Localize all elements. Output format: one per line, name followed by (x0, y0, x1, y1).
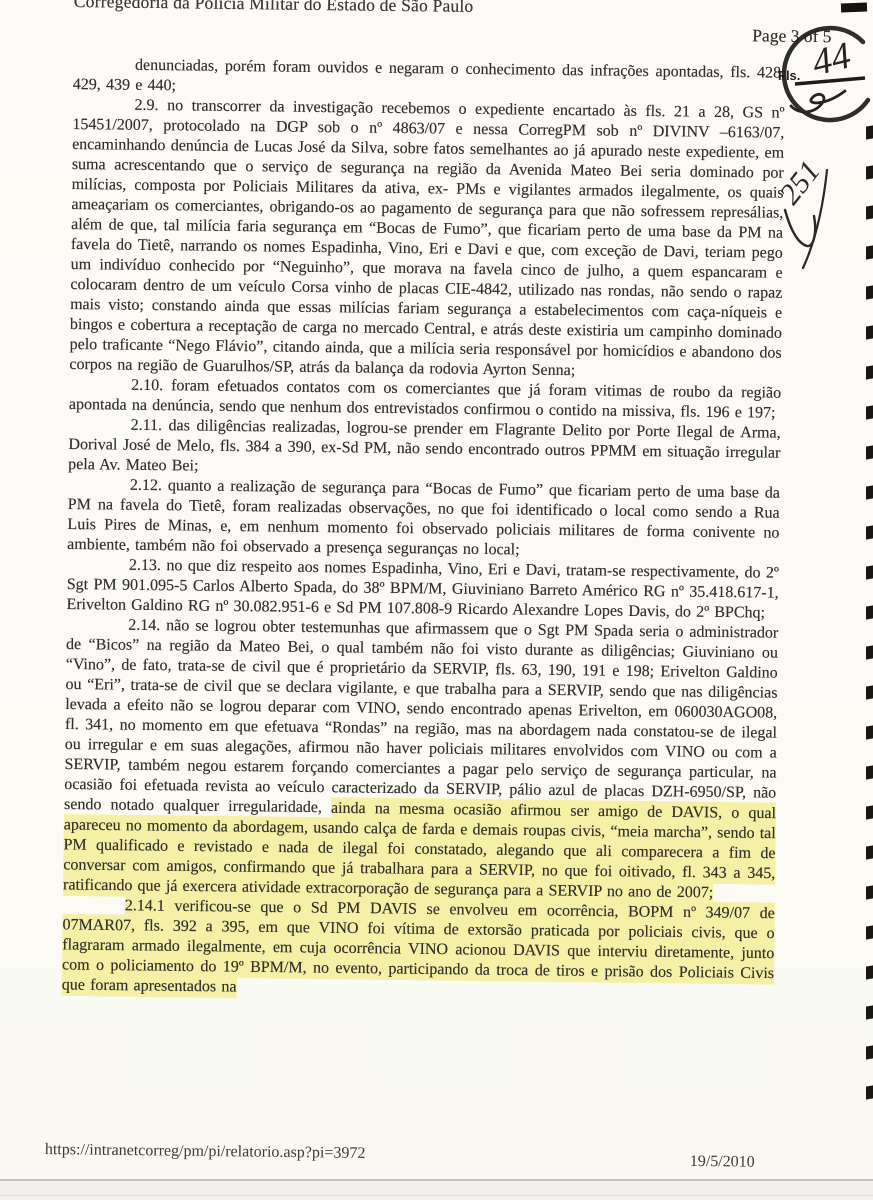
signature-scribble (791, 91, 845, 112)
scanner-edge-mark (866, 525, 873, 539)
scanner-edge-mark (866, 645, 873, 659)
paragraph-2-11: 2.11. das diligências realizadas, logrou… (68, 415, 781, 484)
scanner-edge-mark (866, 805, 873, 819)
pen-tail-stroke (803, 170, 827, 268)
header-page-number: Page 3 of 5 (73, 17, 831, 47)
scanned-report-page: Corregedoria da Polícia Militar do Estad… (0, 0, 873, 1200)
scanner-edge-mark (866, 845, 873, 859)
paragraph-2-9: 2.9. no transcorrer da investigação rece… (69, 95, 784, 384)
paragraph-2-14: 2.14. não se logrou obter testemunhas qu… (63, 615, 778, 904)
scanner-edge-mark (866, 285, 873, 299)
scanner-edge-mark (866, 605, 873, 619)
footer-date: 19/5/2010 (690, 1153, 755, 1172)
scanner-edge-mark (866, 885, 873, 899)
scanner-edge-mark (866, 365, 873, 379)
scanner-edge-mark (866, 685, 873, 699)
document-content: Corregedoria da Polícia Militar do Estad… (62, 0, 786, 1004)
scanner-corner-mark (841, 3, 867, 13)
scanner-edge-mark (866, 1045, 873, 1059)
page-bottom-edge-strip (0, 1181, 873, 1200)
scanner-edge-mark (866, 965, 873, 979)
scanner-edge-mark (866, 765, 873, 779)
scanner-edge-mark (866, 125, 873, 139)
report-body: denunciadas, porém foram ouvidos e negar… (62, 55, 785, 1004)
stamp-line (795, 78, 865, 84)
scanner-edge-mark (866, 325, 873, 339)
pen-check-stroke (785, 210, 815, 246)
page-bottom-edge-faint-line (0, 1195, 873, 1196)
printout-footer: https://intranetcorreg/pm/pi/relatorio.a… (45, 1141, 805, 1172)
scanner-edge-mark (866, 725, 873, 739)
scanner-edge-mark (866, 485, 873, 499)
paragraph-2-13: 2.13. no que diz respeito aos nomes Espa… (66, 555, 779, 624)
scanner-edge-mark (866, 1085, 873, 1099)
footer-url: https://intranetcorreg/pm/pi/relatorio.a… (45, 1141, 366, 1163)
scanner-edge-mark (866, 1005, 873, 1019)
scanner-edge-mark (866, 165, 873, 179)
scanner-edge-mark (866, 445, 873, 459)
scanner-edge-mark (866, 245, 873, 259)
scanner-edge-mark (866, 925, 873, 939)
paragraph-2-14-1: 2.14.1 verificou-se que o Sd PM DAVIS se… (62, 895, 775, 1004)
paragraph-2-14-1-highlighted-text: 2.14.1 verificou-se que o Sd PM DAVIS se… (62, 894, 775, 997)
paragraph-2-12: 2.12. quanto a realização de segurança p… (67, 475, 780, 564)
paragraph-2-14-plain-text: 2.14. não se logrou obter testemunhas qu… (64, 617, 778, 816)
scanner-edge-mark (866, 405, 873, 419)
scanner-edge-mark (866, 205, 873, 219)
scanner-edge-mark (866, 565, 873, 579)
